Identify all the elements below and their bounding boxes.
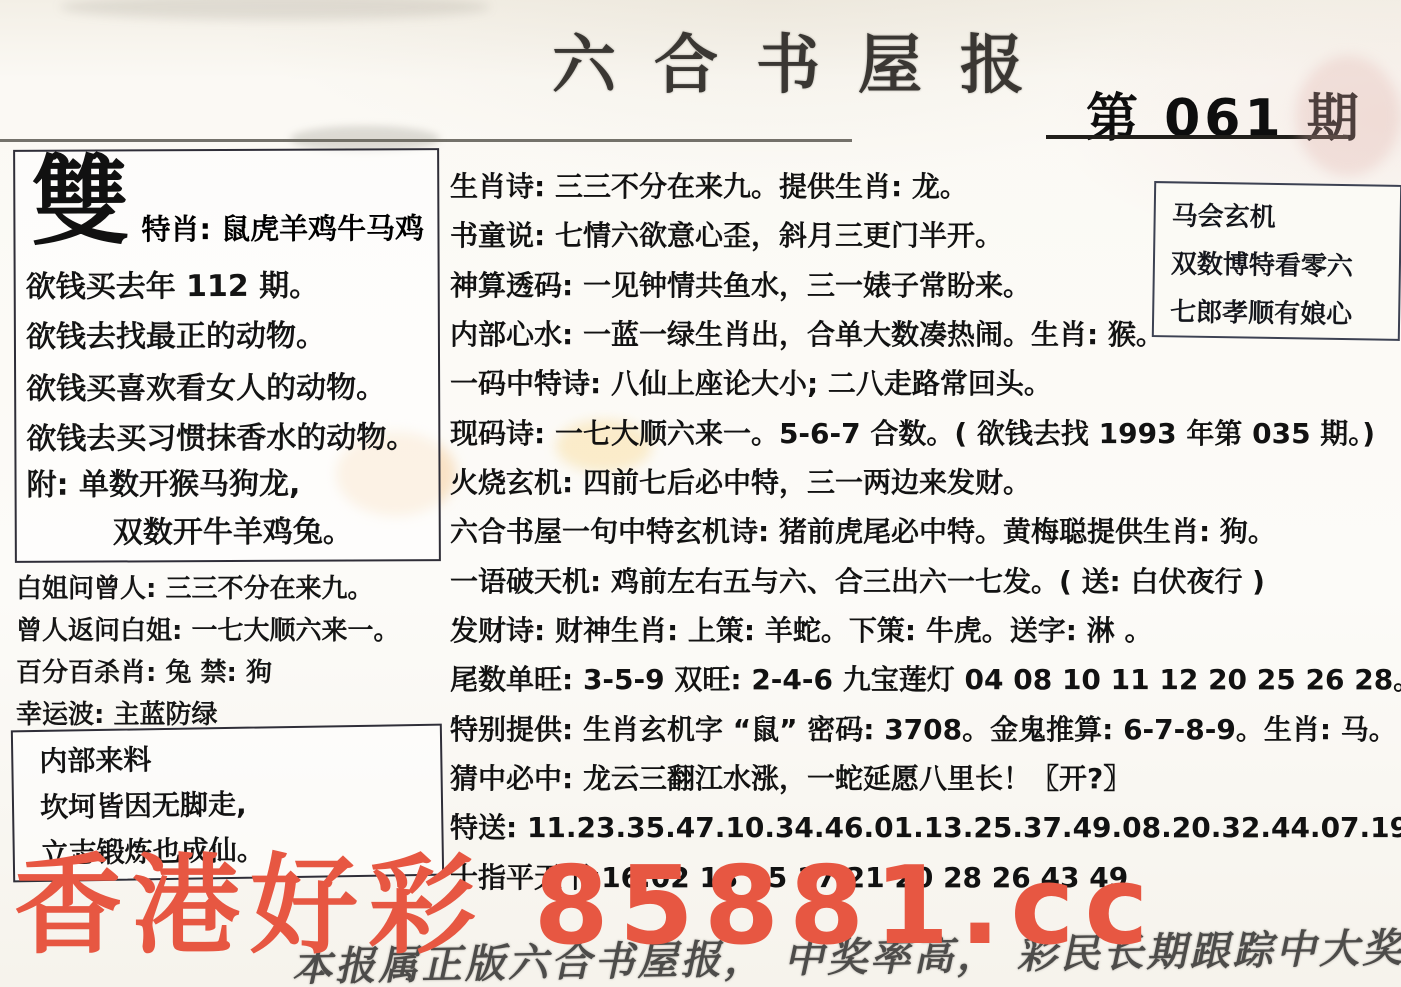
tip-line-inner-water: 内部心水: 一蓝一绿生肖出，合单大数凑热闹。生肖: 猴。 [450, 313, 1164, 353]
tip-line-guess-hit: 猜中必中: 龙云三翻江水涨，一蛇延愿八里长！〖开?〗 [450, 757, 1131, 797]
special-line: 欲钱去买习惯抹香水的动物。 [26, 412, 416, 458]
tip-line-tail-numbers: 尾数单旺: 3-5-9 双旺: 2-4-6 九宝莲灯 04 08 10 11 1… [450, 658, 1401, 698]
tip-line-special-offer: 特别提供: 生肖玄机字 “鼠” 密码: 3708。金鬼推算: 6-7-8-9。生… [450, 708, 1397, 748]
tip-line-book-boy: 书童说: 七情六欲意心歪，斜月三更门半开。 [450, 214, 1003, 254]
horse-box-line: 马会玄机 [1171, 195, 1276, 234]
horse-box-line: 七郎孝顺有娘心 [1170, 291, 1353, 331]
horse-mystery-box: 马会玄机 双数博特看零六 七郎孝顺有娘心 [1152, 181, 1401, 341]
tip-line-one-sentence-poem: 六合书屋一句中特玄机诗: 猪前虎尾必中特。黄梅聪提供生肖: 狗。 [450, 510, 1276, 550]
special-line: 欲钱买去年 112 期。 [26, 261, 320, 306]
special-line: 双数开牛羊鸡兔。 [113, 506, 353, 551]
inside-info-line: 坎坷皆因无脚走, [40, 783, 247, 826]
special-line: 欲钱买喜欢看女人的动物。 [26, 362, 386, 408]
tip-line-zodiac-poem: 生肖诗: 三三不分在来九。提供生肖: 龙。 [450, 165, 968, 205]
qa-line: 百分百杀肖: 兔 禁: 狗 [16, 652, 272, 689]
qa-line: 幸运波: 主蓝防绿 [16, 694, 217, 731]
site-watermark: 香港好彩 85881.cc [14, 850, 1158, 963]
big-char-double: 雙 [31, 153, 129, 251]
scan-smudge [60, 0, 490, 20]
inside-info-title: 内部来料 [39, 738, 152, 780]
masthead-title: 六合书屋报 [552, 14, 1062, 106]
tip-line-one-code-poem: 一码中特诗: 八仙上座论大小; 二八走路常回头。 [450, 362, 1052, 402]
horse-box-line: 双数博特看零六 [1171, 243, 1354, 283]
tip-line-fortune-poem: 发财诗: 财神生肖: 上策: 羊蛇。下策: 牛虎。送字: 淋 。 [450, 609, 1152, 649]
newspaper-page: 六合书屋报 第 061 期 雙 特肖: 鼠虎羊鸡牛马鸡 欲钱买去年 112 期。… [0, 0, 1401, 987]
qa-line: 白姐问曾人: 三三不分在来九。 [16, 568, 373, 605]
tip-line-current-code-poem: 现码诗: 一七大顺六来一。5-6-7 合数。( 欲钱去找 1993 年第 035… [450, 412, 1375, 452]
qa-line: 曾人返问白姐: 一七大顺六来一。 [16, 610, 399, 647]
header-rule-right [1046, 135, 1348, 139]
special-headline: 特肖: 鼠虎羊鸡牛马鸡 [141, 206, 424, 248]
special-zodiac-box: 雙 特肖: 鼠虎羊鸡牛马鸡 欲钱买去年 112 期。 欲钱去找最正的动物。 欲钱… [13, 148, 441, 563]
tip-line-divine-code: 神算透码: 一见钟情共鱼水，三一婊子常盼来。 [450, 264, 1031, 304]
tip-line-break-secret: 一语破天机: 鸡前左右五与六、合三出六一七发。( 送: 白伏夜行 ) [450, 560, 1265, 600]
tip-line-special-send-numbers: 特送: 11.23.35.47.10.34.46.01.13.25.37.49.… [450, 806, 1401, 846]
special-line: 欲钱去找最正的动物。 [26, 311, 326, 356]
tip-line-fire-mystery: 火烧玄机: 四前七后必中特，三一两边来发财。 [450, 461, 1031, 501]
issue-number: 第 061 期 [1086, 76, 1363, 151]
header-rule-left [0, 139, 852, 142]
special-line: 附: 单数开猴马狗龙, [26, 459, 300, 504]
